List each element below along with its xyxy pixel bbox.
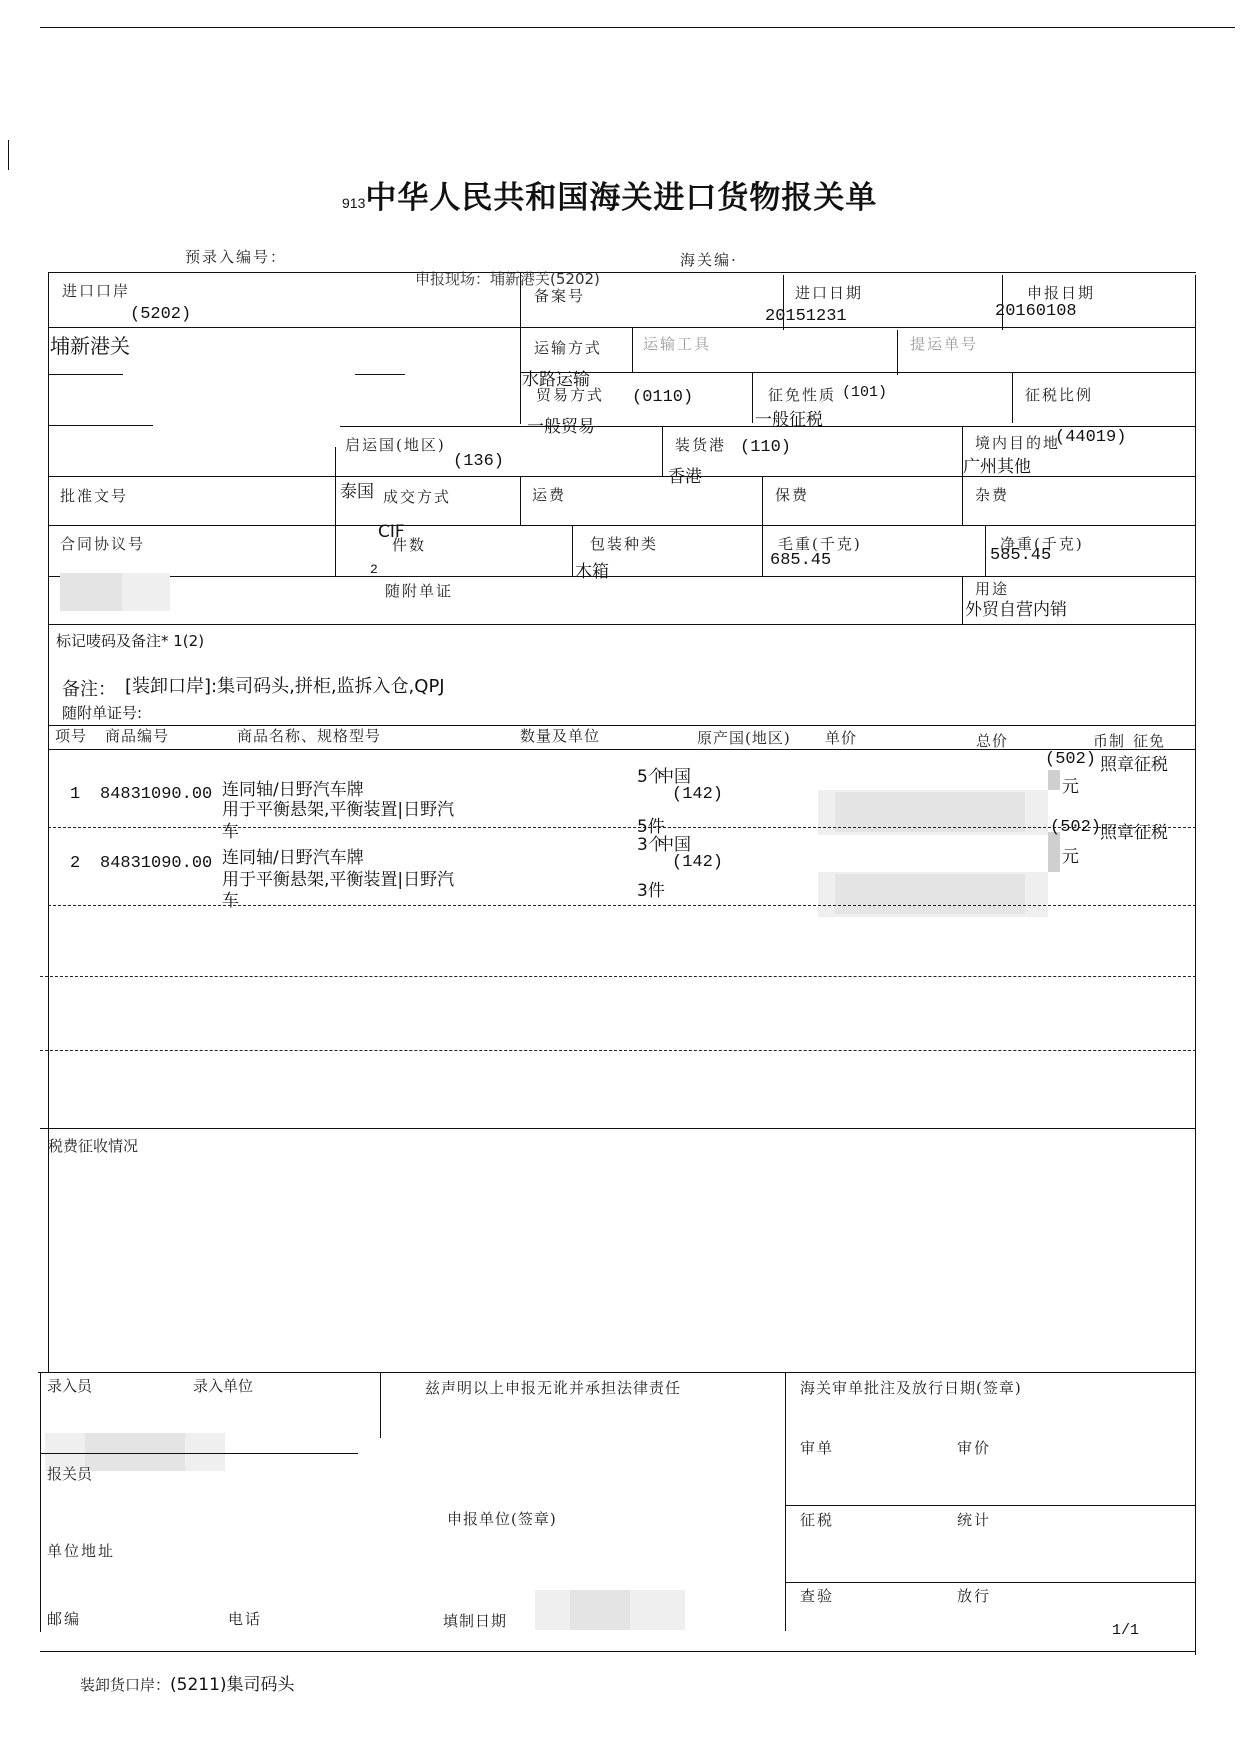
declare-date-value: 20160108	[995, 302, 1077, 321]
redacted-price	[1048, 770, 1060, 790]
rule-col-taxratio	[1012, 373, 1013, 423]
hs-code: 84831090.00	[100, 785, 212, 804]
item-name-line2: 用于平衡悬架,平衡装置|日野汽	[222, 865, 454, 890]
row-divider	[40, 1050, 1196, 1051]
frame-left-lower	[40, 1372, 41, 1632]
col-levy: 征免	[1133, 730, 1165, 751]
release-label: 放行	[957, 1585, 991, 1606]
postcode-label: 邮编	[47, 1608, 81, 1629]
rule-customs-mid1	[785, 1505, 1195, 1506]
trade-mode-value: 一般贸易	[527, 412, 595, 437]
rule-row3-mid	[355, 374, 405, 375]
item-origin: 中国	[657, 762, 691, 787]
attached-doc-no-label: 随附单证号:	[62, 702, 142, 723]
loading-port-value: 香港	[668, 462, 702, 487]
destination-code: (44019)	[1055, 428, 1126, 447]
rule-entry-bottom	[40, 1453, 358, 1454]
unit-address-label: 单位地址	[47, 1540, 115, 1561]
item-origin-code: (142)	[672, 785, 723, 804]
remarks-value: [装卸口岸]:集司码头,拼柜,监拆入仓,QPJ	[125, 672, 445, 698]
record-no-label: 备案号	[534, 285, 585, 306]
bottom-note-value: (5211)集司码头	[170, 1675, 295, 1695]
insurance-label: 保费	[775, 484, 809, 505]
deal-mode-label: 成交方式	[383, 486, 451, 507]
bill-no-label: 提运单号	[910, 333, 978, 354]
rule-col-customs	[785, 1373, 786, 1631]
customs-no-label: 海关编·	[680, 249, 738, 270]
rule-items-top	[48, 725, 1196, 726]
entry-clerk-label: 录入员	[47, 1375, 92, 1396]
rule-row2-top	[48, 327, 1196, 328]
origin-country-label: 启运国(地区)	[345, 434, 446, 455]
rule-row3-left	[48, 374, 123, 375]
customs-approval-label: 海关审单批注及放行日期(签章)	[800, 1377, 1022, 1398]
phone-label: 电话	[228, 1608, 262, 1629]
levy-tax-label: 征税	[800, 1509, 834, 1530]
redacted-price	[835, 792, 1025, 832]
item-currency: 元	[1062, 772, 1079, 797]
import-date-value: 20151231	[765, 307, 847, 326]
approval-no-label: 批准文号	[60, 485, 128, 506]
origin-country-code: (136)	[453, 452, 504, 471]
import-port-code: (5202)	[130, 305, 191, 324]
inspect-label: 查验	[800, 1585, 834, 1606]
rule-col-loadingport	[662, 427, 663, 477]
declaring-unit-label: 申报单位(签章)	[447, 1508, 557, 1529]
item-no: 1	[70, 785, 80, 804]
import-port-value: 埔新港关	[50, 330, 130, 359]
rule-col-declaration	[380, 1373, 381, 1438]
usage-value: 外贸自营内销	[965, 595, 1067, 620]
item-levy: 照章征税	[1100, 750, 1168, 775]
trade-mode-label: 贸易方式	[536, 384, 604, 405]
rule-row3-bottom-left	[48, 425, 153, 426]
col-unit-price: 单价	[825, 727, 857, 748]
rule-col-insurance	[762, 476, 763, 526]
rule-col-record	[520, 272, 521, 424]
row-divider	[48, 905, 1196, 906]
packages-value: 2	[370, 562, 378, 577]
col-quantity: 数量及单位	[520, 725, 600, 746]
review-price-label: 审价	[957, 1437, 991, 1458]
tax-ratio-label: 征税比例	[1025, 384, 1093, 405]
pre-entry-no-label: 预录入编号：	[185, 246, 287, 267]
transport-mode-label: 运输方式	[534, 337, 602, 358]
item-name-line2: 用于平衡悬架,平衡装置|日野汽	[222, 795, 454, 820]
rule-row1-top	[48, 272, 1196, 273]
col-hs-code: 商品编号	[105, 725, 169, 746]
entry-unit-label: 录入单位	[193, 1375, 253, 1396]
rule-row4-top	[340, 426, 1196, 427]
rule-row3-right	[520, 372, 1196, 373]
frame-right	[1195, 275, 1196, 1655]
hs-code: 84831090.00	[100, 854, 212, 873]
col-currency: 币制	[1093, 730, 1125, 751]
marks-value: 标记唛码及备注* 1(2)	[56, 630, 204, 651]
rule-row6-top	[48, 525, 1196, 526]
page-indicator: 1/1	[1112, 1622, 1139, 1639]
loading-port-code: (110)	[740, 438, 791, 457]
rule-col-packagetype	[572, 526, 573, 576]
col-total-price: 总价	[976, 730, 1008, 751]
form-title-block: 913中华人民共和国海关进口货物报关单	[342, 172, 877, 217]
rule-footer-top	[38, 1372, 1196, 1373]
rule-tax-top	[40, 1128, 1195, 1129]
item-origin-code: (142)	[672, 853, 723, 872]
net-weight-value: 585.45	[990, 546, 1051, 565]
scan-top-rule	[40, 27, 1235, 28]
rule-col-origin	[335, 447, 336, 577]
attached-docs-label: 随附单证	[385, 580, 453, 601]
row-divider	[48, 827, 1196, 828]
redacted-date	[570, 1590, 630, 1630]
rule-col-transporttool	[632, 328, 633, 373]
col-name: 商品名称、规格型号	[237, 725, 381, 746]
contract-no-label: 合同协议号	[60, 533, 145, 554]
destination-label: 境内目的地	[975, 432, 1060, 453]
rule-col-freight	[520, 476, 521, 526]
review-doc-label: 审单	[800, 1437, 834, 1458]
package-type-value: 木箱	[575, 557, 609, 582]
redacted-price	[835, 874, 1025, 914]
frame-left	[48, 272, 49, 1372]
trade-mode-code: (0110)	[632, 388, 693, 407]
item-levy: 照章征税	[1100, 818, 1168, 843]
freight-label: 运费	[532, 484, 566, 505]
item-currency: 元	[1062, 842, 1079, 867]
rule-row5-top	[48, 476, 1196, 477]
rule-col-netweight	[985, 526, 986, 576]
col-origin: 原产国(地区)	[697, 727, 791, 748]
item-currency-code: (502)	[1050, 818, 1101, 837]
item-name-line3: 车	[222, 817, 239, 842]
declare-date-label: 申报日期	[1027, 282, 1095, 303]
col-item-no: 项号	[55, 725, 87, 746]
origin-country-value: 泰国	[340, 477, 374, 502]
rule-row7-top	[48, 576, 1196, 577]
rule-customs-mid2	[785, 1582, 1195, 1583]
scan-edge-mark	[8, 140, 9, 170]
levy-nature-code: (101)	[842, 384, 887, 401]
item-no: 2	[70, 854, 80, 873]
import-date-label: 进口日期	[795, 282, 863, 303]
bottom-note-label: 装卸货口岸：	[80, 1676, 170, 1694]
rule-row8-top	[48, 624, 1196, 625]
item-origin: 中国	[657, 830, 691, 855]
customs-broker-label: 报关员	[47, 1463, 92, 1484]
redacted-price	[1048, 832, 1060, 872]
packages-label: 件数	[392, 534, 426, 555]
misc-fee-label: 杂费	[975, 484, 1009, 505]
rule-col-billno	[897, 330, 898, 375]
redacted-name	[85, 1433, 185, 1471]
title-prefix: 913	[342, 195, 365, 211]
rule-footer-bottom	[40, 1651, 1196, 1652]
statistics-label: 统计	[957, 1509, 991, 1530]
package-type-label: 包装种类	[590, 533, 658, 554]
declaration-text: 兹声明以上申报无讹并承担法律责任	[425, 1377, 681, 1398]
rule-col-levy	[752, 373, 753, 423]
loading-port-label: 装货港	[675, 434, 726, 455]
destination-value: 广州其他	[963, 452, 1031, 477]
item-name-line3: 车	[222, 886, 239, 911]
page-title: 中华人民共和国海关进口货物报关单	[365, 180, 877, 216]
row-divider	[40, 976, 1196, 977]
item-currency-code: (502)	[1045, 750, 1096, 769]
item-qty2: 3件	[637, 876, 665, 901]
tax-section-label: 税费征收情况	[48, 1135, 138, 1156]
redacted-block	[60, 573, 122, 611]
import-port-label: 进口口岸	[62, 280, 130, 301]
bottom-note: 装卸货口岸：(5211)集司码头	[80, 1670, 295, 1695]
fill-date-label: 填制日期	[443, 1610, 507, 1631]
rule-col-usage	[962, 576, 963, 624]
transport-tool-label: 运输工具	[643, 333, 711, 354]
rule-items-header-bottom	[48, 749, 1196, 750]
gross-weight-value: 685.45	[770, 551, 831, 570]
levy-nature-label: 征免性质	[768, 384, 836, 405]
rule-col-grossweight	[762, 526, 763, 576]
remarks-label: 备注：	[62, 675, 116, 701]
